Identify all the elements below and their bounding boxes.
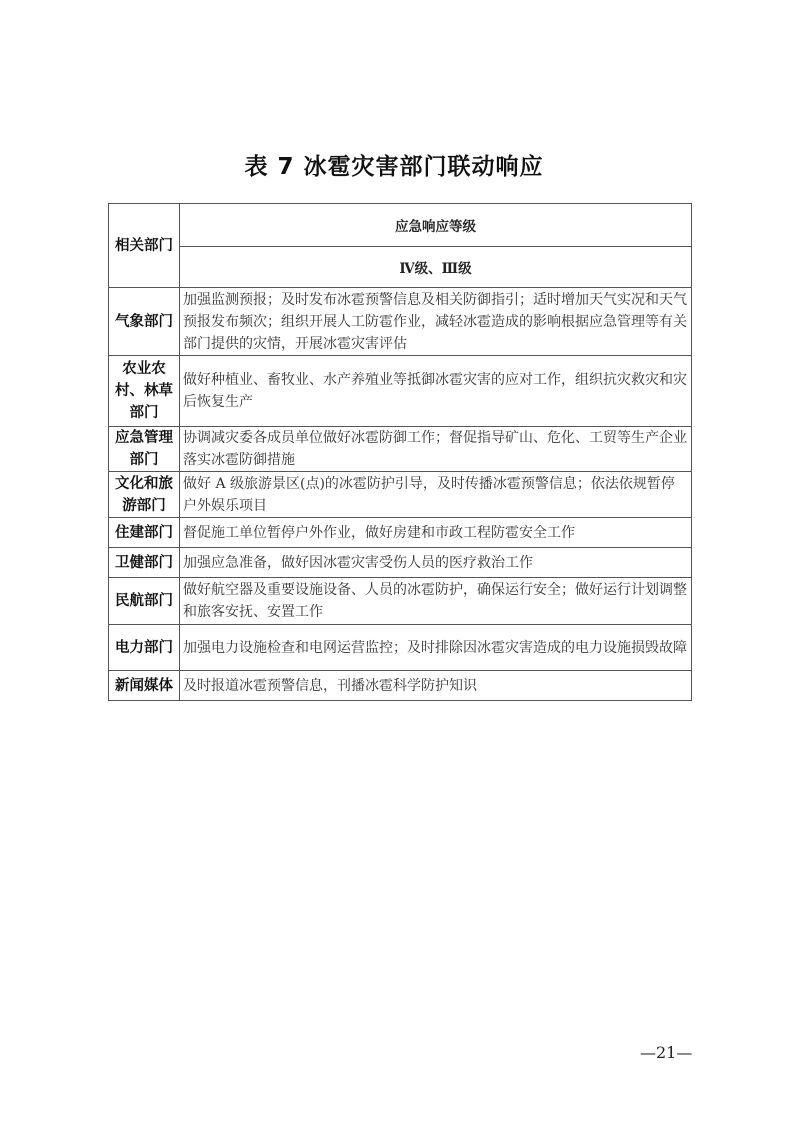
- dept-agriculture-forestry: 农业农村、林草部门: [109, 356, 180, 427]
- response-measures: 协调减灾委各成员单位做好冰雹防御工作；督促指导矿山、危化、工贸等生产企业落实冰雹…: [180, 427, 692, 472]
- table-row: 农业农村、林草部门 做好种植业、畜牧业、水产养殖业等抵御冰雹灾害的应对工作，组织…: [109, 356, 692, 427]
- response-measures: 加强电力设施检查和电网运营监控；及时排除因冰雹灾害造成的电力设施损毁故障: [180, 625, 692, 671]
- response-measures: 做好种植业、畜牧业、水产养殖业等抵御冰雹灾害的应对工作，组织抗灾救灾和灾后恢复生…: [180, 356, 692, 427]
- table-subheader-row: Ⅳ级、Ⅲ级: [109, 247, 692, 288]
- table-row: 文化和旅游部门 做好 A 级旅游景区(点)的冰雹防护引导，及时传播冰雹预警信息；…: [109, 472, 692, 518]
- response-measures: 加强应急准备，做好因冰雹灾害受伤人员的医疗救治工作: [180, 548, 692, 578]
- table-row: 电力部门 加强电力设施检查和电网运营监控；及时排除因冰雹灾害造成的电力设施损毁故…: [109, 625, 692, 671]
- dept-civil-aviation: 民航部门: [109, 578, 180, 625]
- header-response-level: 应急响应等级: [180, 204, 692, 247]
- page-title: 表 7 冰雹灾害部门联动响应: [0, 148, 788, 181]
- table-row: 气象部门 加强监测预报；及时发布冰雹预警信息及相关防御指引；适时增加天气实况和天…: [109, 288, 692, 356]
- table-row: 应急管理部门 协调减灾委各成员单位做好冰雹防御工作；督促指导矿山、危化、工贸等生…: [109, 427, 692, 472]
- table-header-row: 相关部门 应急响应等级: [109, 204, 692, 247]
- response-measures: 加强监测预报；及时发布冰雹预警信息及相关防御指引；适时增加天气实况和天气预报发布…: [180, 288, 692, 356]
- table-row: 民航部门 做好航空器及重要设施设备、人员的冰雹防护，确保运行安全；做好运行计划调…: [109, 578, 692, 625]
- header-related-departments: 相关部门: [109, 204, 180, 288]
- dept-meteorology: 气象部门: [109, 288, 180, 356]
- table-row: 住建部门 督促施工单位暂停户外作业，做好房建和市政工程防雹安全工作: [109, 518, 692, 548]
- department-response-table: 相关部门 应急响应等级 Ⅳ级、Ⅲ级 气象部门 加强监测预报；及时发布冰雹预警信息…: [108, 203, 692, 701]
- table-row: 卫健部门 加强应急准备，做好因冰雹灾害受伤人员的医疗救治工作: [109, 548, 692, 578]
- dept-health: 卫健部门: [109, 548, 180, 578]
- response-measures: 督促施工单位暂停户外作业，做好房建和市政工程防雹安全工作: [180, 518, 692, 548]
- dept-emergency-management: 应急管理部门: [109, 427, 180, 472]
- dept-housing-construction: 住建部门: [109, 518, 180, 548]
- dept-culture-tourism: 文化和旅游部门: [109, 472, 180, 518]
- dept-news-media: 新闻媒体: [109, 671, 180, 701]
- table-row: 新闻媒体 及时报道冰雹预警信息，刊播冰雹科学防护知识: [109, 671, 692, 701]
- header-level-iv-iii: Ⅳ级、Ⅲ级: [180, 247, 692, 288]
- dept-electric-power: 电力部门: [109, 625, 180, 671]
- response-measures: 做好 A 级旅游景区(点)的冰雹防护引导，及时传播冰雹预警信息；依法依规暂停户外…: [180, 472, 692, 518]
- response-measures: 及时报道冰雹预警信息，刊播冰雹科学防护知识: [180, 671, 692, 701]
- response-measures: 做好航空器及重要设施设备、人员的冰雹防护，确保运行安全；做好运行计划调整和旅客安…: [180, 578, 692, 625]
- page-number: —21—: [640, 1043, 692, 1062]
